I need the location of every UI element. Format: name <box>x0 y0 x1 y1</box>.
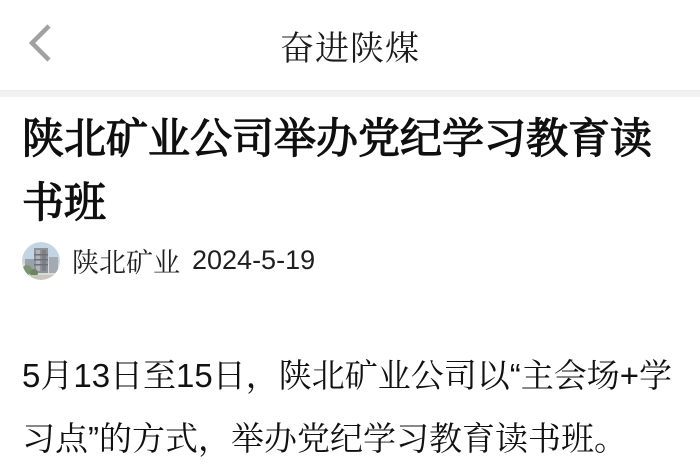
article-title-line-2: 书班 <box>22 171 678 235</box>
article-title-line-1: 陕北矿业公司举办党纪学习教育读 <box>22 107 678 171</box>
article-body-line-2: 习点”的方式，举办党纪学习教育读书班。 <box>22 407 678 470</box>
building-photo-icon <box>22 242 60 280</box>
chevron-left-icon <box>27 23 53 63</box>
article-content: 陕北矿业公司举办党纪学习教育读 书班 <box>0 107 700 470</box>
author-name[interactable]: 陕北矿业 <box>72 241 180 280</box>
navbar-title: 奋进陕煤 <box>280 21 420 70</box>
header-separator <box>0 90 700 97</box>
publish-date: 2024-5-19 <box>192 245 315 276</box>
author-avatar[interactable] <box>22 242 60 280</box>
article-page: 奋进陕煤 陕北矿业公司举办党纪学习教育读 书班 <box>0 0 700 474</box>
navbar: 奋进陕煤 <box>0 0 700 90</box>
byline: 陕北矿业 2024-5-19 <box>22 241 678 280</box>
article-paragraph: 5月13日至15日，陕北矿业公司以“主会场+学 习点”的方式，举办党纪学习教育读… <box>22 344 678 470</box>
article-title: 陕北矿业公司举办党纪学习教育读 书班 <box>22 107 678 235</box>
back-button[interactable] <box>26 22 54 64</box>
article-body-line-1: 5月13日至15日，陕北矿业公司以“主会场+学 <box>22 344 678 407</box>
